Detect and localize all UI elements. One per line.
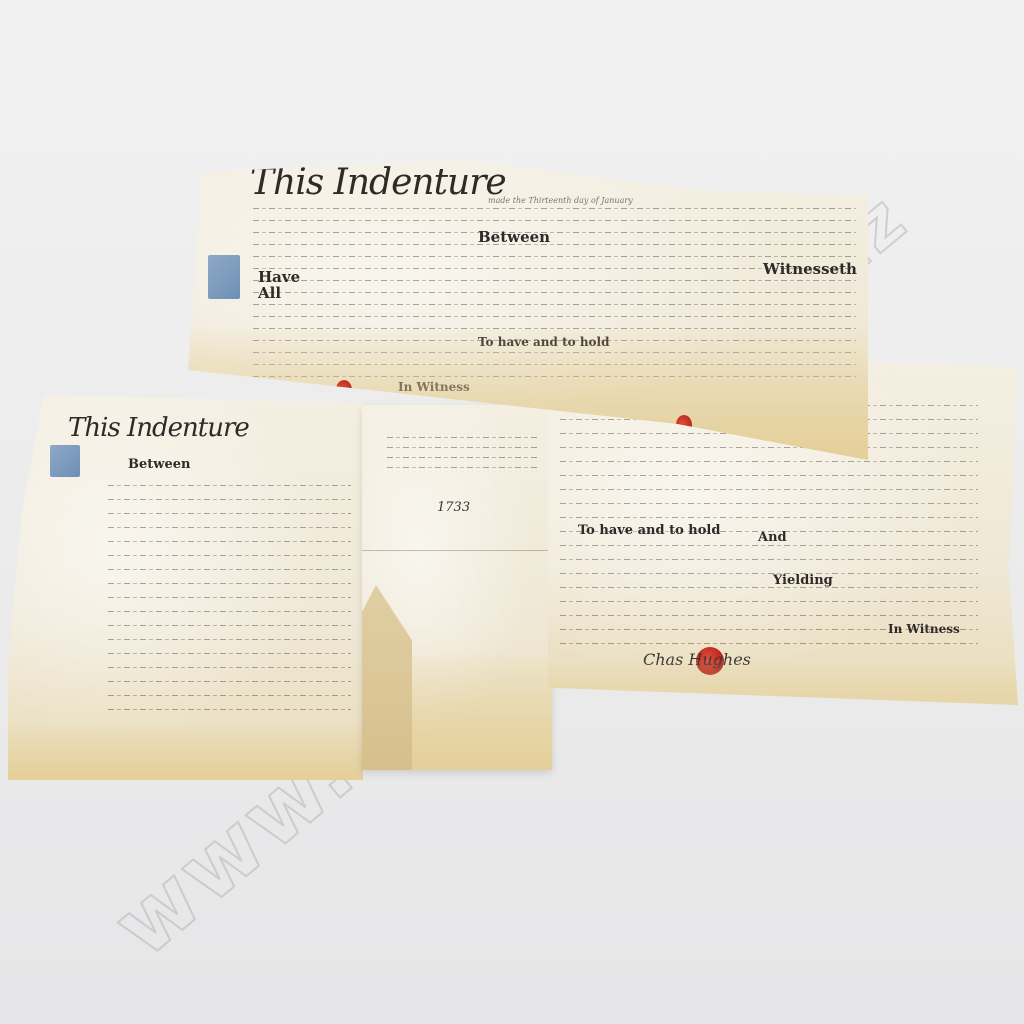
folded-tag xyxy=(362,585,412,770)
document-heading: This Indenture xyxy=(250,162,506,203)
to-have-and-to-hold: To have and to hold xyxy=(578,523,720,538)
between-word: Between xyxy=(478,228,550,246)
first-line: made the Thirteenth day of January xyxy=(488,196,633,205)
all-word: All xyxy=(258,284,281,302)
document-bottom-left: This Indenture Between xyxy=(8,395,363,780)
blue-tax-stamp xyxy=(50,445,80,477)
blue-tax-stamp xyxy=(208,255,240,299)
in-witness: In Witness xyxy=(888,622,960,636)
yielding-word: Yielding xyxy=(773,573,833,588)
witnesseth-word: Witnesseth xyxy=(763,260,857,278)
endorsement-text xyxy=(387,437,540,482)
and-word: And xyxy=(758,530,787,545)
wax-seal-left xyxy=(336,380,352,400)
document-endorsement-panel: 1733 xyxy=(362,405,552,770)
between-word: Between xyxy=(128,457,190,472)
endorsement-year: 1733 xyxy=(437,500,470,515)
handwritten-body xyxy=(108,485,351,720)
document-heading: This Indenture xyxy=(68,413,249,443)
